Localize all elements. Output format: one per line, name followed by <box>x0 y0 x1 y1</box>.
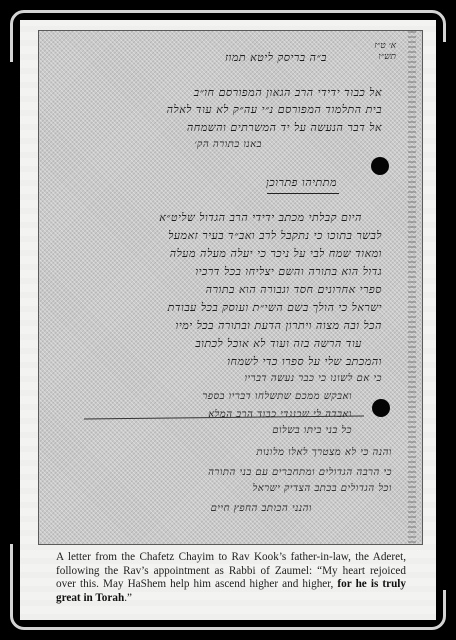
handwriting-line: ישראל כי הולך בשם השי״ת ועוסק בכל עבודת <box>168 301 382 314</box>
caption-end: .” <box>124 592 132 604</box>
handwriting-line: אל כבוד ידידי הרב הגאון המפורסם חו״ב <box>194 86 382 99</box>
signature-block: מתתיהו פתרוכן <box>266 176 337 189</box>
handwriting-line: הכל ובה מצוה ויתרון הדעת ובתורה בכל ימיו <box>176 319 382 332</box>
book-page: א׳ ט״ז תש״ו ב״ה בריסק ליטא תמוז אל כבוד … <box>20 20 436 620</box>
figure-caption: A letter from the Chafetz Chayim to Rav … <box>56 551 406 605</box>
frame-gap-left <box>6 62 14 544</box>
handwriting-line: גדול הוא בתורה והשם יצליחו בכל דרכיו <box>195 265 382 278</box>
handwriting-line: כל בני ביתו בשלום <box>272 425 352 436</box>
letter-photograph: א׳ ט״ז תש״ו ב״ה בריסק ליטא תמוז אל כבוד … <box>38 30 423 545</box>
handwriting-line: כי הרבה הגדולים ומתחברים עם בני התורה <box>208 467 392 478</box>
signature-underline <box>267 193 339 194</box>
handwriting-line: והנה כי לא מצטרך לאלו מלונות <box>256 447 392 458</box>
handwriting-line: כי אם לשונו כי כבר נעשה דבריו <box>244 373 382 384</box>
handwriting-line: והמכתב שלי על ספרו כדי לשמחו <box>227 355 382 368</box>
handwriting-line: ומאוד שמח לבי על ניכר כי יעלה מעלה מעלה <box>170 247 382 260</box>
torn-edge <box>408 31 416 544</box>
date-mark: א׳ ט״ז תש״ו <box>374 41 396 63</box>
handwriting-line: וכל הגדולים בכתב הצדיק ישראל <box>253 483 392 494</box>
handwriting-line: אל דבר הנעשה על יד המשרתים והשמחה <box>187 121 382 134</box>
handwriting-line: היום קבלתי מכתב ידידי הרב הגדול שליט״א <box>159 211 362 224</box>
handwriting-line: בית התלמוד המפורסם נ״י עה״ק לא עוד לאלה <box>167 103 382 116</box>
handwriting-line: לבשר בתוכו כי נתקבל לרב ואב״ד בעיר זאמעל <box>168 229 382 242</box>
handwriting-line: ואבדה לי שכנגדי כבוד הרב המלא <box>208 409 352 420</box>
punch-hole <box>371 157 389 175</box>
handwriting-closing: והנני הכותב החפץ חיים <box>211 503 312 514</box>
handwriting-line: ב״ה בריסק ליטא תמוז <box>225 51 327 64</box>
frame-gap-right <box>442 42 450 590</box>
punch-hole <box>372 399 390 417</box>
handwriting-line: ספרי אחרונים חסד וגבורה הוא בתורה <box>206 283 382 296</box>
handwriting-line: עוד הרשה בזה ועוד לא אוכל לכתוב <box>195 337 362 350</box>
handwriting-line: ואבקש ממכם שתשלחו דבריו בספר <box>202 391 352 402</box>
handwriting-line: באנו בתורה הק׳ <box>194 139 262 150</box>
